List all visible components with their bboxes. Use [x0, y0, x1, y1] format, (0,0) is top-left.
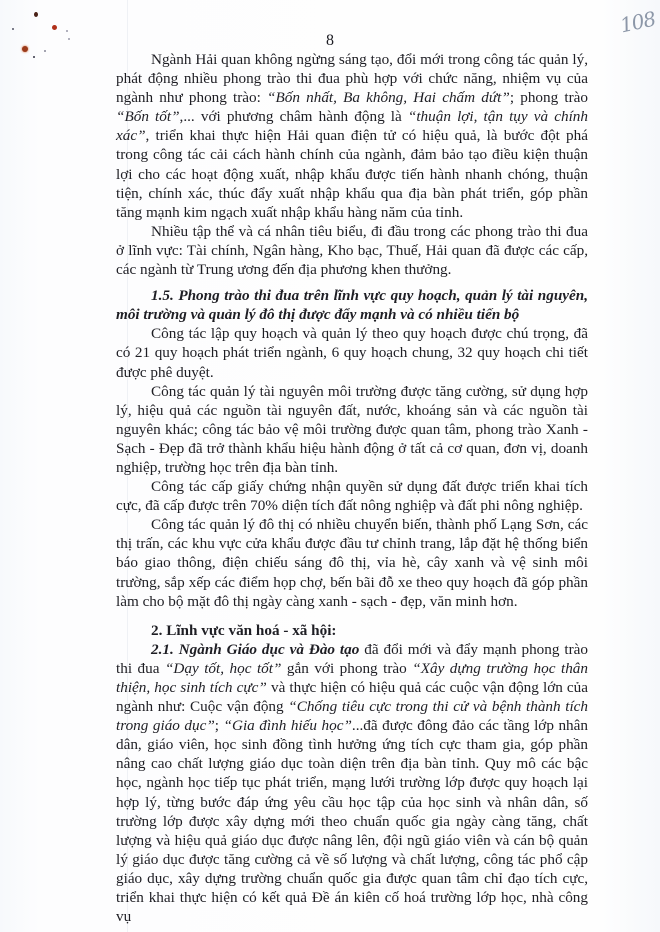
bold-italic-lead: 2.1. Ngành Giáo dục và Đào tạo: [151, 641, 359, 658]
paragraph-land-certificates: Công tác cấp giấy chứng nhận quyền sử dụ…: [116, 477, 588, 515]
stain-mark: [44, 50, 46, 52]
heading-section-1-5: 1.5. Phong trào thi đua trên lĩnh vực qu…: [116, 286, 588, 324]
paragraph-planning: Công tác lập quy hoạch và quản lý theo q…: [116, 324, 588, 381]
italic-quote: “Gia đình hiếu học”: [224, 717, 352, 734]
paragraph-awards: Nhiều tập thể và cá nhân tiêu biểu, đi đ…: [116, 222, 588, 279]
italic-quote: “Bốn nhất, Ba không, Hai chấm dứt”: [267, 89, 510, 106]
italic-quote: “Dạy tốt, học tốt”: [165, 660, 281, 677]
heading-section-2: 2. Lĩnh vực văn hoá - xã hội:: [116, 621, 588, 640]
paragraph-resources: Công tác quản lý tài nguyên môi trường đ…: [116, 382, 588, 477]
text-run: ; phong trào: [510, 89, 588, 106]
text-run: ;: [215, 717, 224, 734]
stain-mark: [12, 28, 14, 30]
stain-mark: [52, 25, 57, 30]
text-run: gắn với phong trào: [281, 660, 412, 677]
paragraph-customs: Ngành Hải quan không ngừng sáng tạo, đổi…: [116, 50, 588, 222]
text-run: , triển khai thực hiện Hải quan điện tử …: [116, 127, 588, 220]
page-number: 8: [0, 32, 660, 50]
document-body: Ngành Hải quan không ngừng sáng tạo, đổi…: [116, 50, 588, 926]
stain-mark: [33, 56, 35, 58]
text-run: ,... với phương châm hành động là: [180, 108, 408, 125]
italic-quote: “Bốn tốt”: [116, 108, 180, 125]
text-run: ...đã được đông đảo các tầng lớp nhân dâ…: [116, 717, 588, 925]
paragraph-urban-management: Công tác quản lý đô thị có nhiều chuyển …: [116, 515, 588, 610]
paragraph-education: 2.1. Ngành Giáo dục và Đào tạo đã đổi mớ…: [116, 640, 588, 926]
stain-mark: [34, 12, 38, 17]
scanned-page: 108 8 Ngành Hải quan không ngừng sáng tạ…: [0, 0, 660, 932]
